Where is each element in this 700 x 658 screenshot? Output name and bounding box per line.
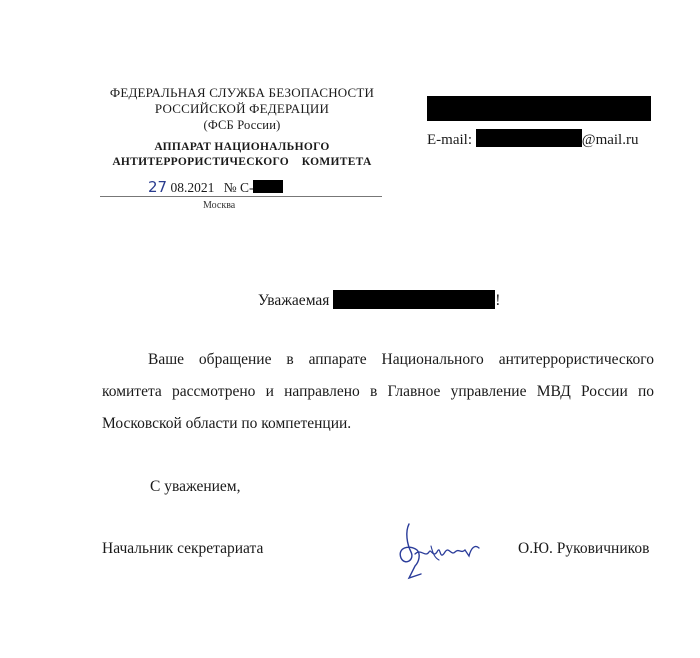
recipient-email: E-mail: @mail.ru <box>427 129 638 149</box>
salutation: Уважаемая ! <box>258 290 500 310</box>
number-prefix: № С- <box>224 180 254 195</box>
agency-name-line1: ФЕДЕРАЛЬНАЯ СЛУЖБА БЕЗОПАСНОСТИ <box>92 85 392 101</box>
department-line1: АППАРАТ НАЦИОНАЛЬНОГО <box>92 140 392 155</box>
email-domain: @mail.ru <box>582 132 639 148</box>
signature-icon <box>395 518 485 584</box>
body-line-3: Московской области по компетенции. <box>102 408 654 440</box>
date-rule <box>100 196 382 197</box>
salutation-punctuation: ! <box>495 292 500 309</box>
city: Москва <box>203 200 235 211</box>
signatory-name: О.Ю. Руковичников <box>518 540 649 558</box>
handwritten-day: 27 <box>148 178 167 196</box>
letterhead-agency: ФЕДЕРАЛЬНАЯ СЛУЖБА БЕЗОПАСНОСТИ РОССИЙСК… <box>92 85 392 133</box>
body-line-2: комитета рассмотрено и направлено в Глав… <box>102 376 654 408</box>
closing-regards: С уважением, <box>150 478 241 496</box>
redacted-email-user <box>476 129 582 147</box>
redacted-recipient-salutation <box>333 290 495 309</box>
letter-date-number: 27 08.2021 № С- <box>148 178 283 196</box>
body-line-1: Ваше обращение в аппарате Национального … <box>102 344 654 376</box>
agency-name-line2: РОССИЙСКОЙ ФЕДЕРАЦИИ <box>92 101 392 117</box>
email-label: E-mail: <box>427 132 472 148</box>
agency-abbreviation: (ФСБ России) <box>92 117 392 133</box>
date: 08.2021 <box>170 180 214 195</box>
letterhead-department: АППАРАТ НАЦИОНАЛЬНОГО АНТИТЕРРОРИСТИЧЕСК… <box>92 140 392 170</box>
salutation-greeting: Уважаемая <box>258 292 329 309</box>
signatory-position: Начальник секретариата <box>102 540 263 558</box>
department-line2: АНТИТЕРРОРИСТИЧЕСКОГО КОМИТЕТА <box>92 155 392 170</box>
redacted-number <box>253 180 283 193</box>
redacted-recipient-name <box>427 96 651 121</box>
letter-body: Ваше обращение в аппарате Национального … <box>102 344 654 440</box>
